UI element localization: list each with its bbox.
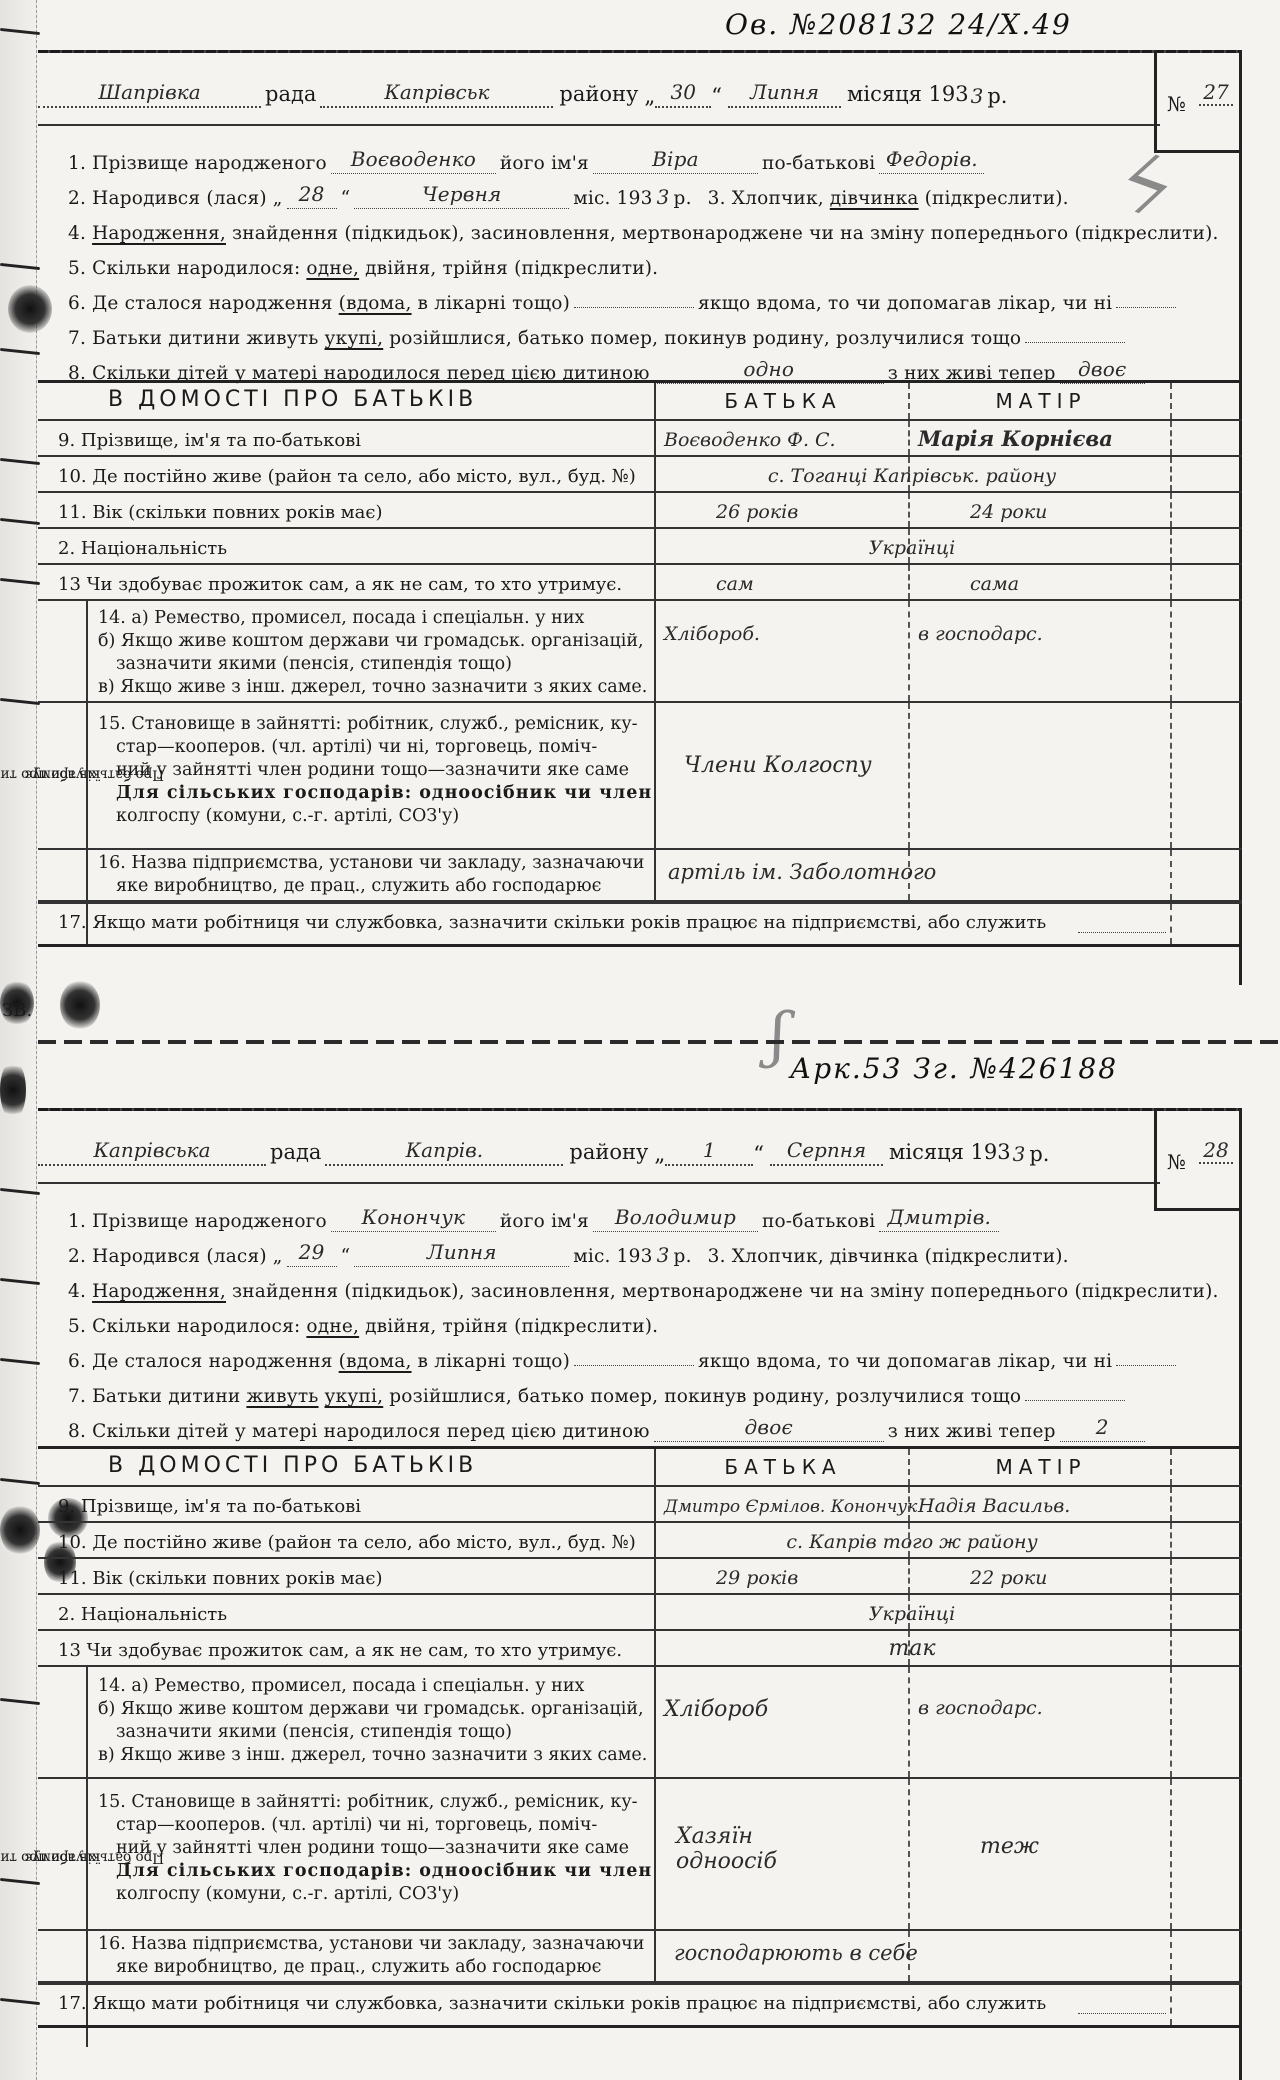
father-age: 26 років [716, 501, 906, 523]
table-row: 9. Прізвище, ім'я та по-батькові Дмитро … [38, 1487, 1242, 1523]
question-2: 2. Народився (лася) „28“ Червня міс. 193… [68, 175, 1069, 209]
year-digit: 3 [971, 84, 984, 108]
q7-together-underlined: укупі, [325, 1386, 384, 1407]
village-field: Шапрівка [38, 80, 261, 108]
number-label: № [1167, 92, 1186, 116]
table-row: 11. Вік (скільки повних років має) 29 ро… [38, 1559, 1242, 1595]
table-row: 13 Чи здобуває прожиток сам, а як не сам… [38, 565, 1242, 601]
father-age: 29 років [716, 1567, 906, 1589]
birth-year-digit: 3 [657, 1243, 670, 1267]
form-top-rule [38, 1108, 1242, 1111]
patronymic-label: по-батькові [762, 153, 875, 174]
month-field: Липня [728, 80, 841, 108]
q1-label: 1. Прізвище народженого [68, 153, 327, 174]
archive-annotation-middle: Арк.53 Зг. №426188 [790, 1052, 1118, 1085]
year-suffix: р. [1029, 1142, 1049, 1166]
col-mother-header: МАТІР [910, 1455, 1172, 1479]
day-field: 1 [665, 1138, 753, 1166]
parents-table: В ДОМОСТІ ПРО БАТЬКІВ БАТЬКА МАТІР 9. Пр… [38, 1446, 1242, 1449]
side-mark: ЗВ. [2, 1000, 32, 1021]
year-suffix: р. [987, 84, 1007, 108]
q5-one-underlined: одне, [306, 258, 359, 279]
q9-label: 9. Прізвище, ім'я та по-батькові [58, 430, 361, 451]
mother-craft: в господарс. [918, 1697, 1168, 1719]
mother-age: 24 роки [970, 501, 1168, 523]
self-support: так [654, 1636, 1170, 1661]
surname-field: Конончук [331, 1205, 496, 1232]
question-4: 4. Народження, знайдення (підкидьок), за… [68, 210, 1219, 244]
q5-rest: двійня, трійня (підкреслити). [365, 1316, 658, 1337]
parents-table: В ДОМОСТІ ПРО БАТЬКІВ БАТЬКА МАТІР 9. Пр… [38, 380, 1242, 383]
q6-home-underlined: (вдома, [339, 1351, 412, 1372]
q7-live-underlined: живуть [246, 1386, 318, 1407]
q3-end: (підкреслити). [925, 188, 1069, 209]
enterprise: господарюють в себе [654, 1941, 1190, 1965]
father-craft: Хлібороб [664, 1697, 906, 1722]
ink-stain [0, 1060, 26, 1120]
q2-label: 2. Народився (лася) [68, 188, 267, 209]
month-field: Серпня [770, 1138, 883, 1166]
question-7: 7. Батьки дитини живуть укупі, розійшлис… [68, 315, 1129, 349]
q2-r: р. [674, 188, 692, 209]
table-title: В ДОМОСТІ ПРО БАТЬКІВ [108, 387, 477, 412]
rada-field: Капрівськ [320, 80, 553, 108]
day-field: 30 [655, 80, 711, 108]
father-occupation: Хазяїн одноосіб [676, 1824, 836, 1874]
table-header-row: В ДОМОСТІ ПРО БАТЬКІВ БАТЬКА МАТІР [38, 1449, 1242, 1487]
q6-label: 6. Де сталося народження [68, 293, 333, 314]
q4-rest: знайдення (підкидьок), засиновлення, мер… [232, 223, 1219, 244]
col-father-header: БАТЬКА [656, 389, 910, 413]
col-mother-header: МАТІР [910, 389, 1172, 413]
record-number: 27 [1199, 80, 1233, 106]
col-father-header: БАТЬКА [656, 1455, 910, 1479]
question-4: 4. Народження, знайдення (підкидьок), за… [68, 1268, 1219, 1302]
table-row: 10. Де постійно живе (район та село, або… [38, 1523, 1242, 1559]
nationality: Українці [654, 1603, 1170, 1625]
month-label: місяця 193 [847, 82, 969, 106]
table-row: 10. Де постійно живе (район та село, або… [38, 457, 1242, 493]
q3-label: 3. Хлопчик, [708, 1246, 824, 1267]
q5-one-underlined: одне, [306, 1316, 359, 1337]
village-field: Капрівська [38, 1138, 266, 1166]
q12-label: 2. Національність [58, 1604, 227, 1625]
q2-year-label: міс. 193 [573, 1246, 652, 1267]
table-row: 11. Вік (скільки повних років має) 26 ро… [38, 493, 1242, 529]
birth-record-1: Шапрівка рада Капрівськ району „30“ Липн… [38, 50, 1242, 985]
question-6: 6. Де сталося народження (вдома, в лікар… [68, 1338, 1180, 1372]
archive-annotation-top: Ов. №208132 24/Х.49 [725, 8, 1072, 41]
record-number-box: № 28 [1154, 1108, 1239, 1211]
q1-label: 1. Прізвище народженого [68, 1211, 327, 1232]
section-divider-dashed [38, 1040, 1280, 1044]
q4-num: 4. [68, 1281, 86, 1302]
q11-label: 11. Вік (скільки повних років має) [58, 502, 383, 523]
q2-year-label: міс. 193 [573, 188, 652, 209]
birth-year-digit: 3 [657, 185, 670, 209]
ink-stain [60, 980, 100, 1030]
q2-r: р. [674, 1246, 692, 1267]
q7-rest: розійшлися, батько помер, покинув родину… [389, 1386, 1021, 1407]
residence: с. Капрів того ж району [654, 1531, 1170, 1553]
question-17: 17. Якщо мати робітниця чи службовка, за… [38, 1983, 1242, 2028]
q11-label: 11. Вік (скільки повних років має) [58, 1568, 383, 1589]
mother-occupation: теж [980, 1834, 1168, 1859]
name-field: Віра [593, 147, 758, 174]
q8-mid: з них живі тепер [888, 1421, 1056, 1442]
question-1: 1. Прізвище народженого Воєводенко його … [68, 140, 988, 174]
table-row-q16: 16. Назва підприємства, установи чи закл… [38, 850, 1242, 902]
patronymic-label: по-батькові [762, 1211, 875, 1232]
q2-label: 2. Народився (лася) [68, 1246, 267, 1267]
q5-label: 5. Скільки народилося: [68, 258, 300, 279]
record-number: 28 [1199, 1138, 1233, 1164]
question-8: 8. Скільки дітей у матері народилося пер… [68, 1408, 1149, 1442]
table-row: 2. Національність Українці [38, 1595, 1242, 1631]
children-before-field: двоє [654, 1415, 884, 1442]
q12-label: 2. Національність [58, 538, 227, 559]
q6-tail: якщо вдома, то чи допомагав лікар, чи ні [698, 1351, 1112, 1372]
q6-home-underlined: (вдома, [339, 293, 412, 314]
mother-name: Надія Васильв. [918, 1495, 1168, 1517]
ink-stain [0, 1505, 40, 1555]
table-row-q15: 15. Становище в зайнятті: робітник, служ… [38, 1779, 1242, 1931]
rayon-label: району [569, 1140, 648, 1164]
question-1: 1. Прізвище народженого Конончук його ім… [68, 1198, 1003, 1232]
question-5: 5. Скільки народилося: одне, двійня, трі… [68, 1303, 658, 1337]
table-title: В ДОМОСТІ ПРО БАТЬКІВ [108, 1453, 477, 1478]
question-5: 5. Скільки народилося: одне, двійня, трі… [68, 245, 658, 279]
name-field: Володимир [593, 1205, 758, 1232]
birth-day-field: 28 [287, 182, 337, 209]
q4-birth-underlined: Народження, [92, 223, 226, 244]
q3-end: (підкреслити). [925, 1246, 1069, 1267]
q4-rest: знайдення (підкидьок), засиновлення, мер… [232, 1281, 1219, 1302]
q13-label: 13 Чи здобуває прожиток сам, а як не сам… [58, 1640, 622, 1661]
father-craft: Хлібороб. [664, 623, 906, 645]
q5-rest: двійня, трійня (підкреслити). [365, 258, 658, 279]
month-label: місяця 193 [889, 1140, 1011, 1164]
q14-label: 14. а) Ремество, промисел, посада і спец… [98, 1675, 647, 1767]
nationality: Українці [654, 537, 1170, 559]
father-name: Воєводенко Ф. С. [664, 429, 906, 451]
mother-self-support: сама [970, 573, 1168, 595]
q7-label: 7. Батьки дитини [68, 1386, 240, 1407]
q16-label: 16. Назва підприємства, установи чи закл… [98, 852, 644, 898]
q17-label: 17. Якщо мати робітниця чи службовка, за… [58, 912, 1046, 933]
enterprise: артіль ім. Заболотного [654, 860, 1184, 884]
table-row: 9. Прізвище, ім'я та по-батькові Воєводе… [38, 421, 1242, 457]
question-7: 7. Батьки дитини живуть укупі, розійшлис… [68, 1373, 1129, 1407]
residence: с. Тоганці Капрівськ. району [654, 465, 1170, 487]
q15-label: 15. Становище в зайнятті: робітник, служ… [98, 713, 652, 828]
patronymic-field: Федорів. [879, 147, 984, 174]
rada-label: рада [270, 1140, 321, 1164]
q3-label: 3. Хлопчик, [708, 188, 824, 209]
mother-age: 22 роки [970, 1567, 1168, 1589]
q10-label: 10. Де постійно живе (район та село, або… [58, 1532, 636, 1553]
birth-month-field: Червня [354, 182, 569, 209]
table-row-q14: 14. а) Ремество, промисел, посада і спец… [38, 1667, 1242, 1779]
q4-num: 4. [68, 223, 86, 244]
header-divider [38, 1182, 1160, 1184]
q17-label: 17. Якщо мати робітниця чи службовка, за… [58, 1993, 1046, 2014]
question-8: 8. Скільки дітей у матері народилося пер… [68, 350, 1149, 384]
record-header: Шапрівка рада Капрівськ району „30“ Липн… [38, 62, 1007, 108]
q14-label: 14. а) Ремество, промисел, посада і спец… [98, 607, 647, 699]
q6-rest: в лікарні тощо) [418, 293, 570, 314]
record-number-box: № 27 [1154, 50, 1239, 153]
header-divider [38, 124, 1160, 126]
question-2: 2. Народився (лася) „29“ Липня міс. 193 … [68, 1233, 1069, 1267]
question-6: 6. Де сталося народження (вдома, в лікар… [68, 280, 1180, 314]
q4-birth-underlined: Народження, [92, 1281, 226, 1302]
q10-label: 10. Де постійно живе (район та село, або… [58, 466, 636, 487]
father-name: Дмитро Єрмілов. Конончук [664, 1497, 906, 1517]
table-row: 13 Чи здобуває прожиток сам, а як не сам… [38, 1631, 1242, 1667]
birth-record-2: Капрівська рада Капрів. району „1“ Серпн… [38, 1108, 1242, 2080]
rada-label: рада [265, 82, 316, 106]
q7-rest: розійшлися, батько помер, покинув родину… [389, 328, 1021, 349]
birth-month-field: Липня [354, 1240, 569, 1267]
question-17: 17. Якщо мати робітниця чи службовка, за… [38, 902, 1242, 947]
rada-field: Капрів. [325, 1138, 563, 1166]
surname-field: Воєводенко [331, 147, 496, 174]
q7-together-underlined: укупі, [325, 328, 384, 349]
q5-label: 5. Скільки народилося: [68, 1316, 300, 1337]
children-alive-field: 2 [1060, 1415, 1145, 1442]
q7-label: 7. Батьки дитини [68, 328, 240, 349]
birth-day-field: 29 [287, 1240, 337, 1267]
father-self-support: сам [716, 573, 906, 595]
occupation: Члени Колгоспу [654, 753, 1200, 778]
number-label: № [1167, 1150, 1186, 1174]
q6-tail: якщо вдома, то чи допомагав лікар, чи ні [698, 293, 1112, 314]
signature-mark: ʃ [770, 1000, 786, 1070]
q3-girl: дівчинка [830, 1246, 919, 1267]
q9-label: 9. Прізвище, ім'я та по-батькові [58, 1496, 361, 1517]
q3-girl-underlined: дівчинка [830, 188, 919, 209]
q16-label: 16. Назва підприємства, установи чи закл… [98, 1933, 644, 1979]
mother-name: Марія Корнієва [918, 426, 1168, 451]
q13-label: 13 Чи здобуває прожиток сам, а як не сам… [58, 574, 622, 595]
record-header: Капрівська рада Капрів. району „1“ Серпн… [38, 1120, 1049, 1166]
table-row: 2. Національність Українці [38, 529, 1242, 565]
table-row-q14: 14. а) Ремество, промисел, посада і спец… [38, 601, 1242, 703]
rayon-label: району [559, 82, 638, 106]
year-digit: 3 [1013, 1142, 1026, 1166]
table-row-q15: 15. Становище в зайнятті: робітник, служ… [38, 703, 1242, 850]
q6-rest: в лікарні тощо) [418, 1351, 570, 1372]
q8-label: 8. Скільки дітей у матері народилося пер… [68, 1421, 650, 1442]
q6-label: 6. Де сталося народження [68, 1351, 333, 1372]
table-header-row: В ДОМОСТІ ПРО БАТЬКІВ БАТЬКА МАТІР [38, 383, 1242, 421]
name-label: його ім'я [500, 153, 589, 174]
q7-live: живуть [246, 328, 318, 349]
form-top-rule [38, 50, 1242, 53]
name-label: його ім'я [500, 1211, 589, 1232]
patronymic-field: Дмитрів. [879, 1205, 999, 1232]
q15-label: 15. Становище в зайнятті: робітник, служ… [98, 1791, 652, 1906]
mother-craft: в господарс. [918, 623, 1168, 645]
table-row-q16: 16. Назва підприємства, установи чи закл… [38, 1931, 1242, 1983]
